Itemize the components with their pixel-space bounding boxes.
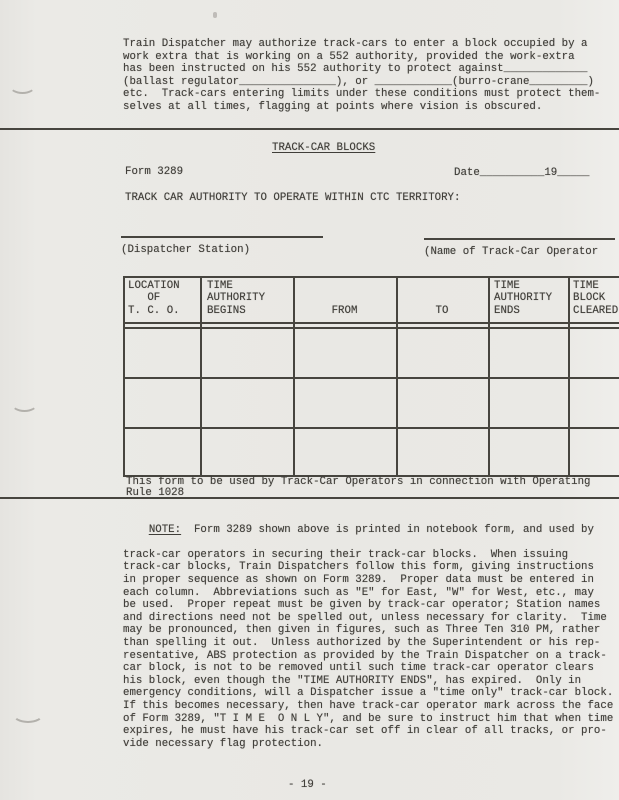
table-grid-line (123, 322, 619, 324)
table-header-to: TO (396, 305, 488, 317)
page-number: - 19 - (288, 779, 327, 792)
intro-paragraph: Train Dispatcher may authorize track-car… (123, 38, 600, 114)
form-number: Form 3289 (125, 166, 183, 179)
track-car-table: LOCATION OF T. C. O. TIME AUTHORITY BEGI… (123, 276, 619, 477)
table-header-from: FROM (293, 305, 396, 317)
note-paragraph: NOTE: Form 3289 shown above is printed i… (123, 511, 613, 775)
table-header-time-authority-ends: TIME AUTHORITY ENDS (494, 280, 552, 317)
form-title: TRACK-CAR BLOCKS (272, 142, 375, 155)
operator-name-label: (Name of Track-Car Operator (424, 246, 598, 258)
date-line: Date__________19_____ (454, 167, 589, 180)
section-divider-top (0, 128, 619, 130)
table-grid-line (568, 276, 570, 477)
binder-hole-shadow (11, 395, 38, 412)
dispatcher-station-signature-line: (Dispatcher Station) (121, 236, 323, 257)
table-grid-line (488, 276, 490, 477)
table-grid-line (123, 377, 619, 379)
table-grid-line (123, 327, 619, 329)
table-header-location-tco: LOCATION OF T. C. O. (128, 280, 180, 317)
table-grid-line (200, 276, 202, 477)
table-header-time-authority-begins: TIME AUTHORITY BEGINS (207, 280, 265, 317)
note-first-line: Form 3289 shown above is printed in note… (181, 524, 594, 536)
document-page: Train Dispatcher may authorize track-car… (0, 0, 619, 800)
scan-smudge (213, 12, 217, 18)
table-grid-line (123, 276, 619, 278)
table-grid-line (123, 427, 619, 429)
table-header-time-block-cleared: TIME BLOCK CLEARED (573, 280, 618, 317)
operator-name-signature-line: (Name of Track-Car Operator (424, 238, 615, 259)
binder-hole-shadow (9, 77, 36, 94)
note-body: track-car operators in securing their tr… (123, 549, 613, 751)
table-grid-line (123, 276, 125, 477)
section-divider-bottom (0, 497, 619, 499)
binder-hole-shadow (12, 704, 44, 723)
authority-heading: TRACK CAR AUTHORITY TO OPERATE WITHIN CT… (125, 192, 460, 205)
note-label: NOTE: (149, 524, 181, 536)
dispatcher-station-label: (Dispatcher Station) (121, 244, 250, 256)
